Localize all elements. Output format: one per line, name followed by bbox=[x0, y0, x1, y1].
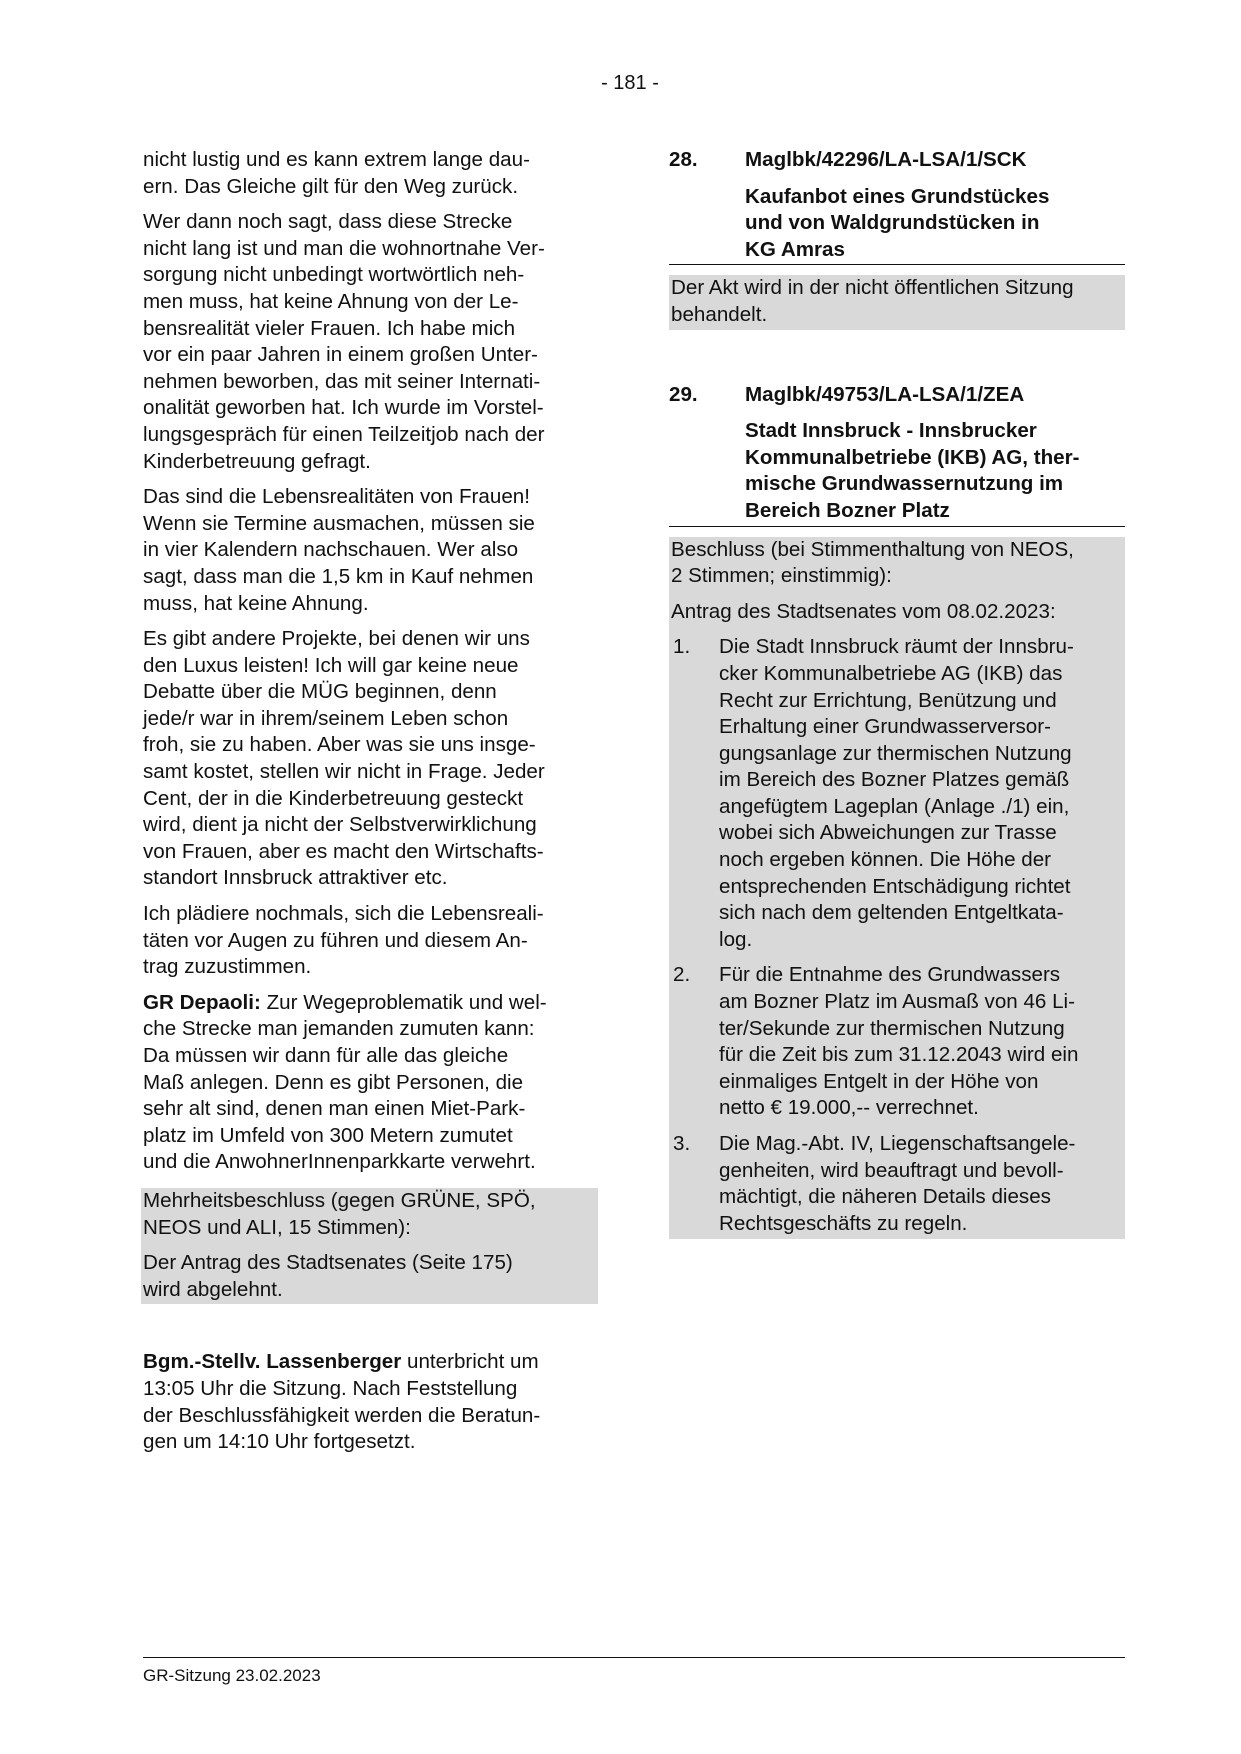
divider bbox=[669, 526, 1125, 527]
item-heading: 28. Maglbk/42296/LA-LSA/1/SCK bbox=[669, 147, 1125, 174]
paragraph: Ich plädiere nochmals, sich die Lebensre… bbox=[143, 901, 598, 981]
resolution-box: Mehrheitsbeschluss (gegen GRÜNE, SPÖ, NE… bbox=[141, 1188, 598, 1304]
list-item: 1. Die Stadt Innsbruck räumt der Innsbru… bbox=[671, 634, 1123, 953]
speech-depaoli: GR Depaoli: Zur Wegeproblematik und wel-… bbox=[143, 990, 598, 1176]
motion-line: Antrag des Stadtsenates vom 08.02.2023: bbox=[671, 599, 1123, 626]
paragraph: Es gibt andere Projekte, bei denen wir u… bbox=[143, 626, 598, 892]
speaker-name: GR Depaoli: bbox=[143, 991, 261, 1014]
speaker-name: Bgm.-Stellv. Lassenberger bbox=[143, 1350, 401, 1373]
item-number: 28. bbox=[669, 147, 745, 174]
item-title: Kaufanbot eines Grundstückes und von Wal… bbox=[669, 184, 1125, 264]
page-number: - 181 - bbox=[0, 72, 1241, 95]
divider bbox=[669, 264, 1125, 265]
item-reference: Maglbk/42296/LA-LSA/1/SCK bbox=[745, 147, 1027, 174]
right-column: 28. Maglbk/42296/LA-LSA/1/SCK Kaufanbot … bbox=[669, 147, 1125, 1239]
resolution-text: Mehrheitsbeschluss (gegen GRÜNE, SPÖ, NE… bbox=[143, 1188, 596, 1241]
motion-points: 1. Die Stadt Innsbruck räumt der Innsbru… bbox=[671, 634, 1123, 1237]
agenda-item-29: 29. Maglbk/49753/LA-LSA/1/ZEA Stadt Inns… bbox=[669, 382, 1125, 1240]
session-interruption: Bgm.-Stellv. Lassenberger unterbricht um… bbox=[143, 1349, 598, 1455]
item-reference: Maglbk/49753/LA-LSA/1/ZEA bbox=[745, 382, 1024, 409]
left-column: nicht lustig und es kann extrem lange da… bbox=[143, 147, 598, 1465]
resolution-box: Beschluss (bei Stimmenthaltung von NEOS,… bbox=[669, 537, 1125, 1240]
item-heading: 29. Maglbk/49753/LA-LSA/1/ZEA bbox=[669, 382, 1125, 409]
item-title: Stadt Innsbruck - Innsbrucker Kommunalbe… bbox=[669, 418, 1125, 524]
paragraph: nicht lustig und es kann extrem lange da… bbox=[143, 147, 598, 200]
resolution-box: Der Akt wird in der nicht öffentlichen S… bbox=[669, 275, 1125, 329]
item-number: 29. bbox=[669, 382, 745, 409]
resolution-text: Beschluss (bei Stimmenthaltung von NEOS,… bbox=[671, 537, 1123, 590]
footer-divider bbox=[143, 1657, 1125, 1658]
agenda-item-28: 28. Maglbk/42296/LA-LSA/1/SCK Kaufanbot … bbox=[669, 147, 1125, 330]
paragraph: Das sind die Lebensrealitäten von Frauen… bbox=[143, 484, 598, 617]
paragraph: Wer dann noch sagt, dass diese Strecke n… bbox=[143, 209, 598, 475]
resolution-outcome: Der Antrag des Stadtsenates (Seite 175) … bbox=[143, 1250, 596, 1303]
list-item: 2. Für die Entnahme des Grundwassers am … bbox=[671, 962, 1123, 1122]
footer-text: GR-Sitzung 23.02.2023 bbox=[143, 1666, 321, 1686]
list-item: 3. Die Mag.-Abt. IV, Liegenschaftsangele… bbox=[671, 1131, 1123, 1237]
